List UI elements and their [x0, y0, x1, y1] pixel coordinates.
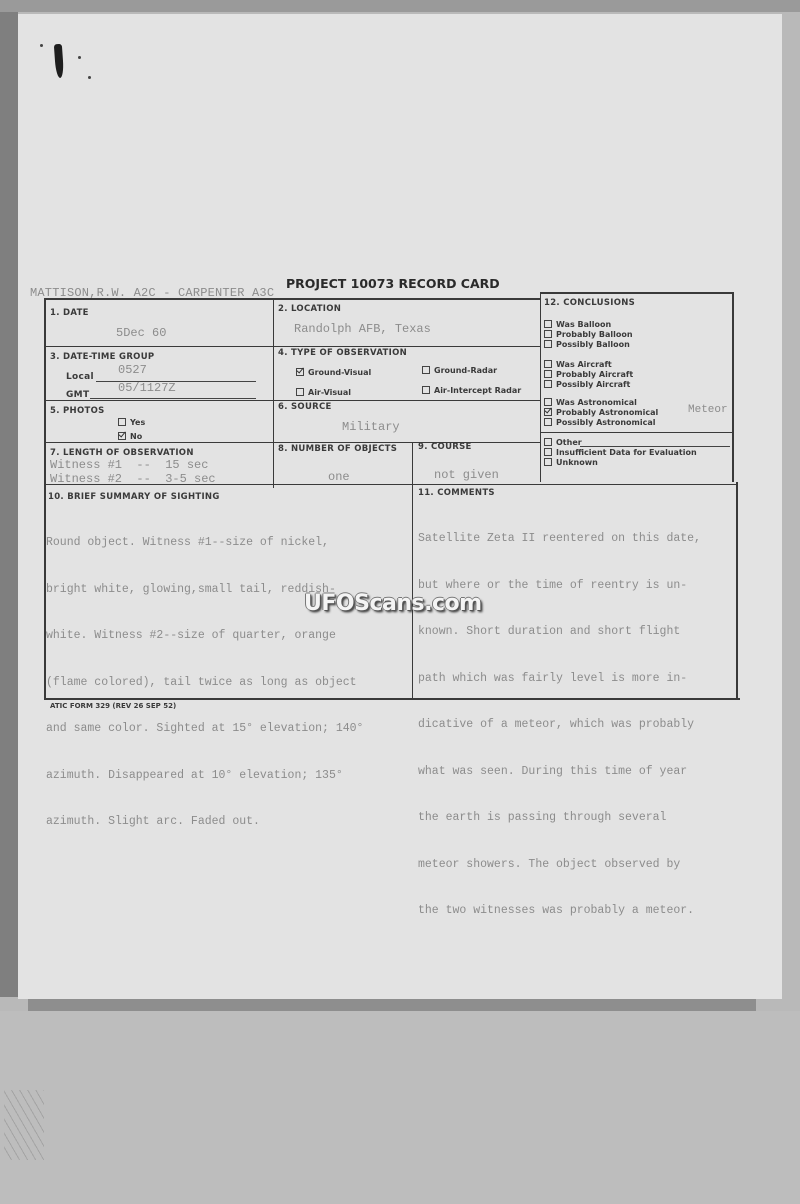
- card-border-right-lower: [736, 482, 738, 700]
- gmt-rule: [90, 398, 256, 399]
- checkbox-icon: [544, 458, 552, 466]
- conclusion-annotation: Meteor: [688, 404, 728, 416]
- number-of-objects-label: 8. NUMBER OF OBJECTS: [278, 444, 397, 454]
- ink-speck: [78, 56, 81, 59]
- checkbox-icon: [118, 418, 126, 426]
- sheet-shadow: [28, 999, 756, 1011]
- scan-background: [0, 1011, 800, 1204]
- checkbox-air-intercept-radar[interactable]: Air-Intercept Radar: [422, 386, 521, 395]
- local-time-label: Local: [66, 372, 94, 382]
- conclusion-possibly-astronomical[interactable]: Possibly Astronomical: [544, 418, 655, 427]
- comments-text: Satellite Zeta II reentered on this date…: [418, 500, 701, 950]
- checkbox-photos-no[interactable]: No: [118, 432, 142, 441]
- card-border-top: [44, 298, 540, 300]
- gmt-label: GMT: [66, 390, 89, 400]
- type-of-observation-label: 4. TYPE OF OBSERVATION: [278, 348, 407, 358]
- card-border-top-right: [540, 292, 732, 294]
- source-label: 6. SOURCE: [278, 402, 332, 412]
- checkbox-ground-radar[interactable]: Ground-Radar: [422, 366, 497, 375]
- conclusion-was-aircraft[interactable]: Was Aircraft: [544, 360, 612, 369]
- location-label: 2. LOCATION: [278, 304, 341, 314]
- conclusion-probably-aircraft[interactable]: Probably Aircraft: [544, 370, 633, 379]
- conclusion-insufficient-data[interactable]: Insufficient Data for Evaluation: [544, 448, 697, 457]
- length-of-observation-label: 7. LENGTH OF OBSERVATION: [50, 448, 194, 458]
- conclusion-possibly-balloon[interactable]: Possibly Balloon: [544, 340, 630, 349]
- checkbox-icon: [296, 388, 304, 396]
- conclusion-possibly-aircraft[interactable]: Possibly Aircraft: [544, 380, 630, 389]
- ink-speck: [40, 44, 43, 47]
- card-border-right-upper: [732, 292, 734, 482]
- checkbox-icon: [544, 360, 552, 368]
- checkbox-icon: [544, 448, 552, 456]
- divider: [44, 400, 540, 401]
- scan-top-border: [0, 0, 800, 12]
- form-footer: ATIC FORM 329 (REV 26 SEP 52): [50, 702, 176, 710]
- scan-left-border: [0, 12, 18, 997]
- checkbox-checked-icon: [296, 368, 304, 376]
- divider: [540, 292, 541, 482]
- divider: [44, 346, 540, 347]
- course-value: not given: [434, 468, 499, 482]
- checkbox-icon: [544, 370, 552, 378]
- witness-2-duration: Witness #2 -- 3-5 sec: [50, 472, 216, 486]
- date-value: 5Dec 60: [116, 326, 166, 340]
- conclusion-probably-balloon[interactable]: Probably Balloon: [544, 330, 633, 339]
- checkbox-icon: [544, 340, 552, 348]
- brief-summary-label: 10. BRIEF SUMMARY OF SIGHTING: [48, 492, 220, 502]
- divider: [273, 298, 274, 488]
- checkbox-icon: [422, 366, 430, 374]
- checkbox-photos-yes[interactable]: Yes: [118, 418, 145, 427]
- ink-speck: [88, 76, 91, 79]
- checkbox-icon: [544, 418, 552, 426]
- checkbox-icon: [544, 438, 552, 446]
- record-card: 1. DATE 5Dec 60 2. LOCATION Randolph AFB…: [44, 292, 736, 698]
- checkbox-icon: [544, 330, 552, 338]
- checkbox-checked-icon: [118, 432, 126, 440]
- number-of-objects-value: one: [328, 470, 350, 484]
- course-label: 9. COURSE: [418, 442, 472, 452]
- witness-1-duration: Witness #1 -- 15 sec: [50, 458, 208, 472]
- date-time-group-label: 3. DATE-TIME GROUP: [50, 352, 154, 362]
- conclusion-probably-astronomical[interactable]: Probably Astronomical: [544, 408, 658, 417]
- checkbox-icon: [422, 386, 430, 394]
- conclusion-other[interactable]: Other: [544, 438, 582, 447]
- checkbox-air-visual[interactable]: Air-Visual: [296, 388, 351, 397]
- conclusions-label: 12. CONCLUSIONS: [544, 298, 635, 308]
- photos-label: 5. PHOTOS: [50, 406, 105, 416]
- conclusion-was-balloon[interactable]: Was Balloon: [544, 320, 611, 329]
- conclusion-was-astronomical[interactable]: Was Astronomical: [544, 398, 637, 407]
- watermark: UFOScans.com: [304, 591, 482, 616]
- comments-label: 11. COMMENTS: [418, 488, 495, 498]
- source-value: Military: [342, 420, 400, 434]
- location-value: Randolph AFB, Texas: [294, 322, 431, 336]
- local-time-value: 0527: [118, 363, 147, 377]
- divider: [412, 442, 413, 698]
- gmt-value: 05/1127Z: [118, 381, 176, 395]
- brief-summary-text: Round object. Witness #1--size of nickel…: [46, 504, 363, 861]
- divider: [540, 432, 732, 433]
- other-rule: [580, 446, 730, 447]
- conclusion-unknown[interactable]: Unknown: [544, 458, 598, 467]
- checkbox-icon: [544, 320, 552, 328]
- date-label: 1. DATE: [50, 308, 89, 318]
- form-title: PROJECT 10073 RECORD CARD: [286, 276, 500, 291]
- checkbox-checked-icon: [544, 408, 552, 416]
- checkbox-icon: [544, 380, 552, 388]
- film-scratch: [4, 1090, 44, 1160]
- checkbox-ground-visual[interactable]: Ground-Visual: [296, 368, 371, 377]
